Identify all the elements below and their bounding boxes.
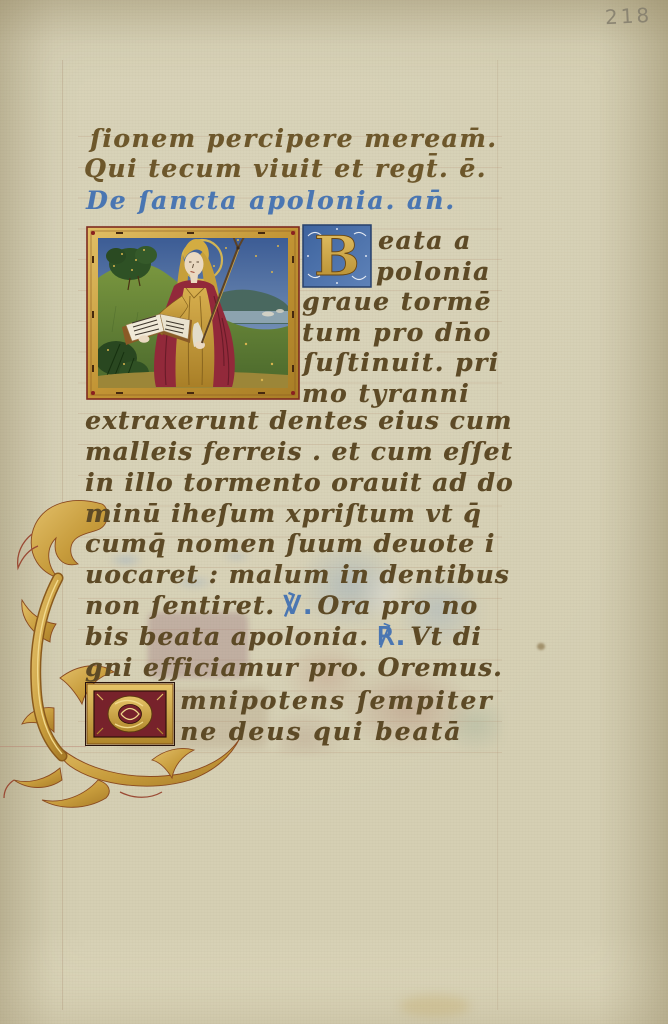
versicle-prefix: non ſentiret. — [85, 591, 275, 620]
lesson-line-2: polonia — [376, 257, 491, 287]
manuscript-page: 218 ſionem percipere meream̄. Qui tecum … — [0, 0, 668, 1024]
lesson-line-9: in illo tormento orauit ad do — [85, 468, 514, 498]
response-line: bis beata apolonia.℟.Vt di — [85, 622, 486, 652]
versicle-line: non ſentiret.℣.Ora pro no — [85, 591, 482, 621]
lesson-line-12: uocaret : malum in dentibus — [85, 560, 510, 590]
bottom-stain — [400, 995, 470, 1017]
lesson-line-6: mo tyranni — [302, 379, 470, 409]
lesson-line-5: ſuſtinuit. pri — [303, 348, 500, 378]
lesson-line-10: minū iheſum xpriſtum vt q̄ — [85, 499, 482, 529]
lesson-line-4: tum pro dn̄o — [302, 318, 492, 348]
lesson-line-11: cumq̄ nomen ſuum deuote i — [85, 529, 495, 559]
lesson-line-8: malleis ferreis . et cum eſſet — [85, 437, 513, 467]
miniature-scene — [95, 236, 288, 388]
prayer-line-1: mnipotens ſempiter — [180, 686, 493, 716]
lesson-line-3: graue tormē — [302, 287, 492, 317]
response-mark: ℟. — [373, 622, 410, 651]
folio-number: 218 — [604, 3, 652, 29]
response-prefix: bis beata apolonia. — [85, 622, 369, 651]
text-line-2: Qui tecum viuit et regt̄. ē. — [84, 154, 487, 184]
lesson-closing-line: gni efficiamur pro. Oremus. — [85, 653, 503, 683]
lesson-line-1: eata a — [378, 226, 472, 256]
versicle-mark: ℣. — [279, 591, 317, 620]
saint-apollonia-miniature — [86, 226, 300, 400]
ink-fleck — [537, 643, 545, 650]
initial-b-letter: B — [314, 224, 360, 288]
illuminated-initial-b: B — [302, 224, 372, 288]
illuminated-initial-o: O — [85, 682, 175, 746]
lesson-line-7: extraxerunt dentes eius cum — [85, 406, 512, 436]
right-ruling-line — [497, 60, 498, 1010]
rubric-heading: De ſancta apolonia. an̄. — [86, 186, 456, 216]
prayer-line-2: ne deus qui beatā — [180, 717, 462, 747]
response-text: Vt di — [410, 622, 482, 651]
text-line-1: ſionem percipere meream̄. — [90, 124, 497, 154]
versicle-text: Ora pro no — [317, 591, 478, 620]
